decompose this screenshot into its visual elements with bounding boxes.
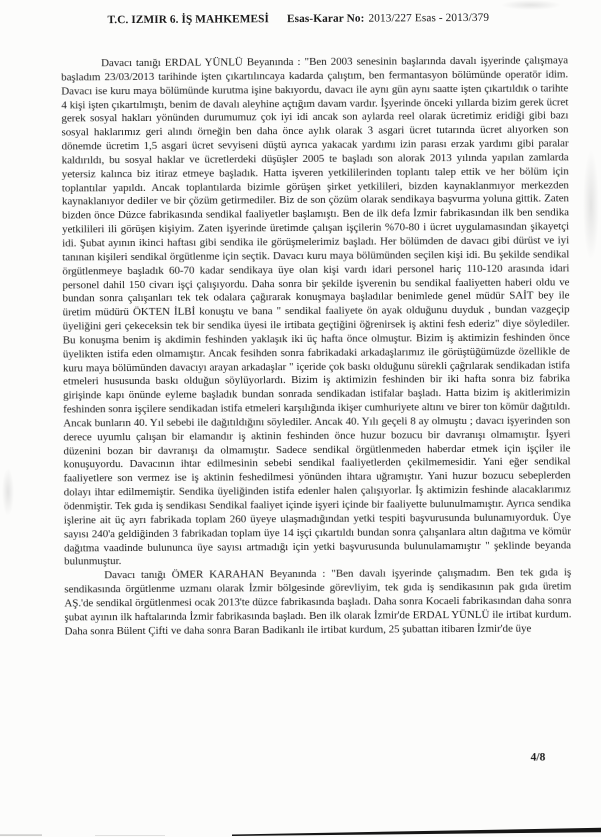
page-header: T.C. IZMIR 6. İŞ MAHKEMESİEsas-Karar No:… bbox=[0, 11, 599, 27]
witness-statement-erdal-yunlu: Davacı tanığı ERDAL YÜNLÜ Beyanında : "B… bbox=[61, 54, 571, 569]
scan-artifact-line bbox=[0, 823, 601, 837]
scanned-content: T.C. IZMIR 6. İŞ MAHKEMESİEsas-Karar No:… bbox=[0, 0, 601, 837]
document-page: T.C. IZMIR 6. İŞ MAHKEMESİEsas-Karar No:… bbox=[0, 0, 601, 837]
page-number: 4/8 bbox=[531, 752, 546, 764]
witness-statement-omer-karahan: Davacı tanığı ÖMER KARAHAN Beyanında : "… bbox=[64, 567, 571, 639]
document-body: Davacı tanığı ERDAL YÜNLÜ Beyanında : "B… bbox=[61, 54, 572, 639]
case-number: Esas-Karar No:2013/227 Esas - 2013/379 bbox=[287, 12, 489, 25]
case-number-label: Esas-Karar No: bbox=[287, 13, 365, 25]
case-number-value: 2013/227 Esas - 2013/379 bbox=[368, 12, 489, 25]
court-title: T.C. IZMIR 6. İŞ MAHKEMESİ bbox=[107, 13, 269, 26]
